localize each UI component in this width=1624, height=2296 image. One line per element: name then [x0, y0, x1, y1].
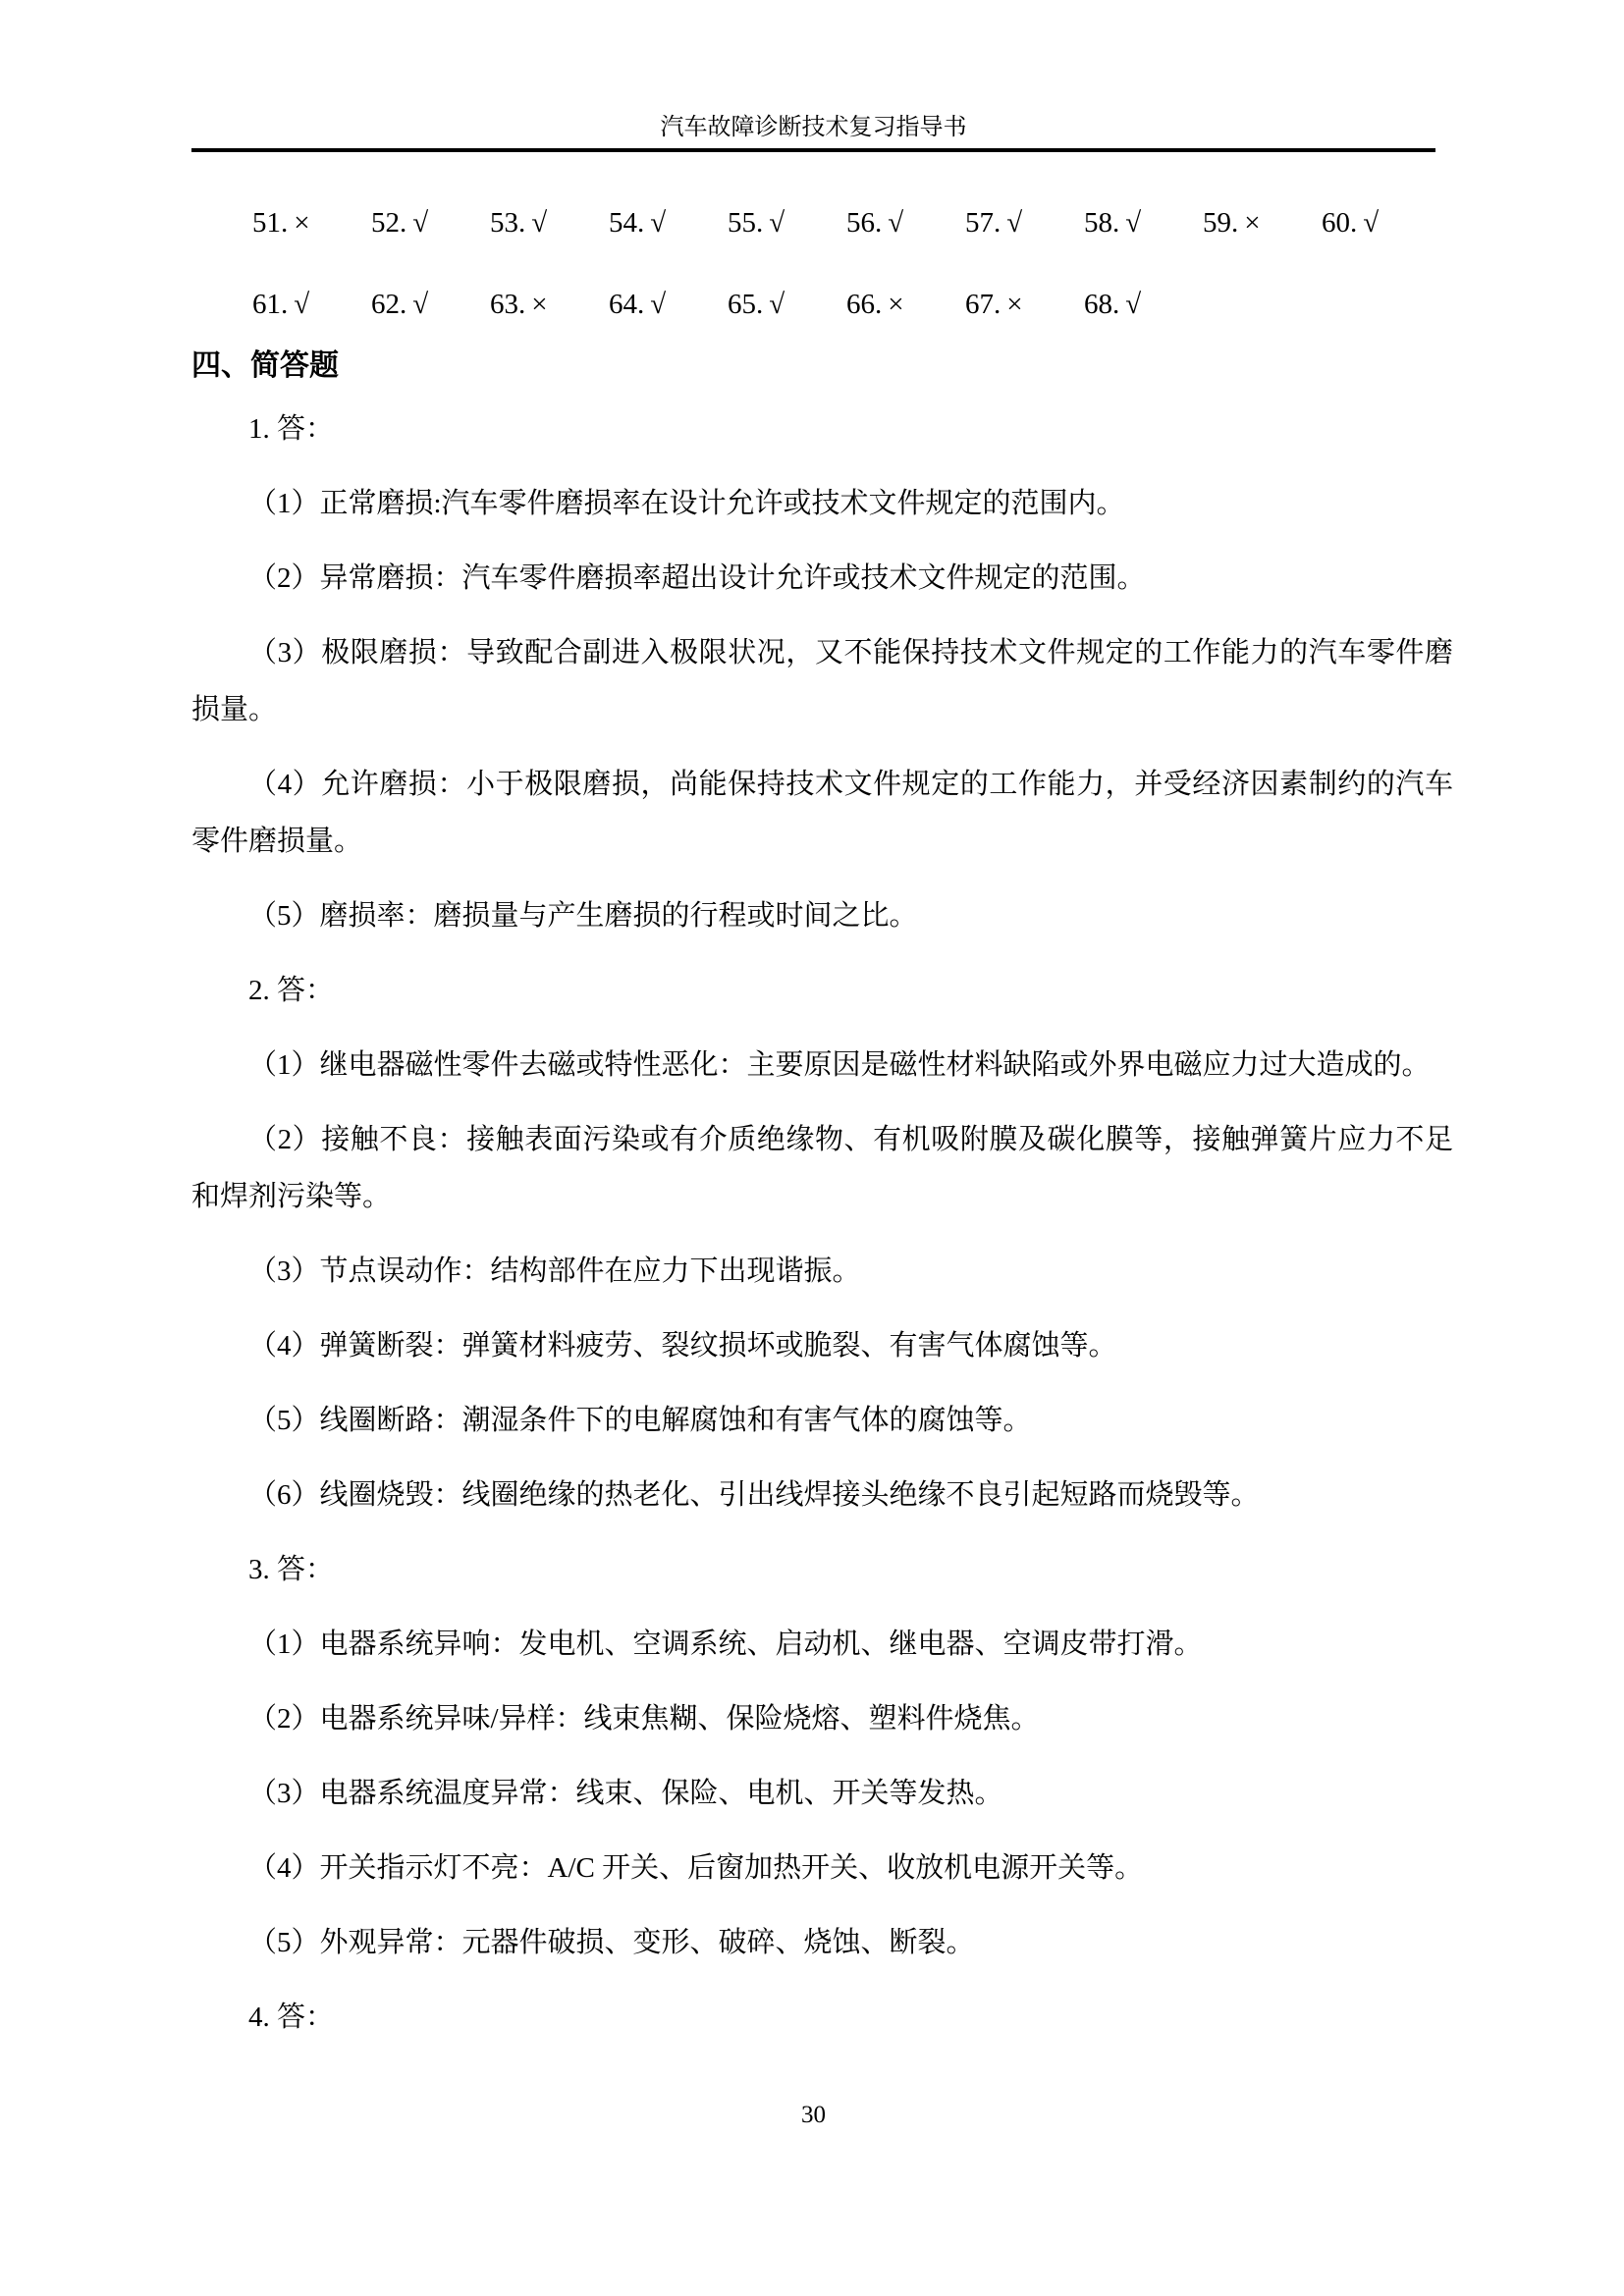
paragraph-3-item-1: （1）电器系统异响：发电机、空调系统、启动机、继电器、空调皮带打滑。: [191, 1616, 1453, 1673]
answer-mark: √: [763, 289, 785, 320]
answer-number: 66.: [846, 289, 882, 320]
answer-item-56: 56.√: [846, 205, 965, 240]
answer-item-55: 55.√: [728, 205, 846, 240]
true-false-answer-block: 51.× 52.√ 53.√ 54.√ 55.√ 56.√ 57.√ 58.√ …: [191, 205, 1453, 322]
paragraph-answer-4: 4. 答：: [191, 1989, 1453, 2046]
paragraph-answer-2: 2. 答：: [191, 962, 1453, 1019]
answer-item-67: 67.×: [965, 287, 1084, 322]
answer-number: 63.: [490, 289, 525, 320]
header-rule: [191, 148, 1435, 152]
page-number: 30: [191, 2101, 1435, 2130]
paragraph-1-item-2: （2）异常磨损：汽车零件磨损率超出设计允许或技术文件规定的范围。: [191, 550, 1453, 607]
answer-mark: ×: [1001, 289, 1022, 320]
paragraph-1-item-4: （4）允许磨损：小于极限磨损，尚能保持技术文件规定的工作能力，并受经济因素制约的…: [191, 756, 1453, 870]
paragraph-2-item-1: （1）继电器磁性零件去磁或特性恶化：主要原因是磁性材料缺陷或外界电磁应力过大造成…: [191, 1037, 1453, 1094]
answer-item-60: 60.√: [1322, 205, 1440, 240]
answer-item-62: 62.√: [371, 287, 490, 322]
answer-item-63: 63.×: [490, 287, 609, 322]
answer-mark: √: [1119, 207, 1141, 239]
paragraph-3-item-3: （3）电器系统温度异常：线束、保险、电机、开关等发热。: [191, 1765, 1453, 1822]
page-header-title: 汽车故障诊断技术复习指导书: [191, 0, 1435, 141]
answer-item-66: 66.×: [846, 287, 965, 322]
answer-item-68: 68.√: [1084, 287, 1203, 322]
document-page: 汽车故障诊断技术复习指导书 51.× 52.√ 53.√ 54.√ 55.√ 5…: [0, 0, 1624, 2296]
answer-item-53: 53.√: [490, 205, 609, 240]
paragraph-3-item-5: （5）外观异常：元器件破损、变形、破碎、烧蚀、断裂。: [191, 1914, 1453, 1971]
answer-number: 59.: [1203, 207, 1238, 239]
answer-number: 62.: [371, 289, 406, 320]
paragraph-3-item-2: （2）电器系统异味/异样：线束焦糊、保险烧熔、塑料件烧焦。: [191, 1690, 1453, 1747]
paragraph-1-item-5: （5）磨损率：磨损量与产生磨损的行程或时间之比。: [191, 887, 1453, 944]
section-heading: 四、简答题: [191, 347, 1453, 385]
answer-mark: √: [406, 207, 428, 239]
paragraph-1-item-1: （1）正常磨损:汽车零件磨损率在设计允许或技术文件规定的范围内。: [191, 475, 1453, 532]
answer-item-64: 64.√: [609, 287, 728, 322]
answer-row-61-68: 61.√ 62.√ 63.× 64.√ 65.√ 66.× 67.× 68.√: [252, 287, 1453, 322]
answer-number: 54.: [609, 207, 644, 239]
answer-item-59: 59.×: [1203, 205, 1322, 240]
answer-mark: √: [1357, 207, 1379, 239]
paragraph-answer-1: 1. 答：: [191, 400, 1453, 457]
answer-number: 56.: [846, 207, 882, 239]
paragraph-2-item-3: （3）节点误动作：结构部件在应力下出现谐振。: [191, 1243, 1453, 1300]
answer-number: 57.: [965, 207, 1001, 239]
answer-item-61: 61.√: [252, 287, 371, 322]
answer-number: 67.: [965, 289, 1001, 320]
answer-number: 55.: [728, 207, 763, 239]
answer-item-54: 54.√: [609, 205, 728, 240]
answer-mark: √: [763, 207, 785, 239]
paragraph-2-item-2: （2）接触不良：接触表面污染或有介质绝缘物、有机吸附膜及碳化膜等，接触弹簧片应力…: [191, 1111, 1453, 1225]
answer-mark: √: [644, 289, 666, 320]
paragraph-2-item-5: （5）线圈断路：潮湿条件下的电解腐蚀和有害气体的腐蚀等。: [191, 1392, 1453, 1449]
answer-mark: ×: [882, 289, 903, 320]
answer-mark: √: [644, 207, 666, 239]
answer-mark: √: [1001, 207, 1022, 239]
answer-mark: √: [1119, 289, 1141, 320]
answer-number: 65.: [728, 289, 763, 320]
answer-mark: √: [288, 289, 309, 320]
paragraph-1-item-3: （3）极限磨损：导致配合副进入极限状况，又不能保持技术文件规定的工作能力的汽车零…: [191, 624, 1453, 738]
paragraph-2-item-6: （6）线圈烧毁：线圈绝缘的热老化、引出线焊接头绝缘不良引起短路而烧毁等。: [191, 1467, 1453, 1523]
answer-item-57: 57.√: [965, 205, 1084, 240]
answer-number: 58.: [1084, 207, 1119, 239]
answer-number: 52.: [371, 207, 406, 239]
answer-mark: √: [882, 207, 903, 239]
answer-item-51: 51.×: [252, 205, 371, 240]
answer-mark: √: [406, 289, 428, 320]
answer-number: 68.: [1084, 289, 1119, 320]
answer-number: 64.: [609, 289, 644, 320]
paragraph-3-item-4: （4）开关指示灯不亮：A/C 开关、后窗加热开关、收放机电源开关等。: [191, 1840, 1453, 1896]
answer-number: 51.: [252, 207, 288, 239]
answer-mark: √: [525, 207, 547, 239]
answer-mark: ×: [525, 289, 547, 320]
answer-item-58: 58.√: [1084, 205, 1203, 240]
answer-item-65: 65.√: [728, 287, 846, 322]
answer-row-51-60: 51.× 52.√ 53.√ 54.√ 55.√ 56.√ 57.√ 58.√ …: [252, 205, 1453, 240]
answer-number: 60.: [1322, 207, 1357, 239]
answer-item-52: 52.√: [371, 205, 490, 240]
answer-mark: ×: [1238, 207, 1260, 239]
answer-number: 53.: [490, 207, 525, 239]
answer-number: 61.: [252, 289, 288, 320]
paragraph-answer-3: 3. 答：: [191, 1541, 1453, 1598]
answer-mark: ×: [288, 207, 309, 239]
paragraph-2-item-4: （4）弹簧断裂：弹簧材料疲劳、裂纹损坏或脆裂、有害气体腐蚀等。: [191, 1317, 1453, 1374]
